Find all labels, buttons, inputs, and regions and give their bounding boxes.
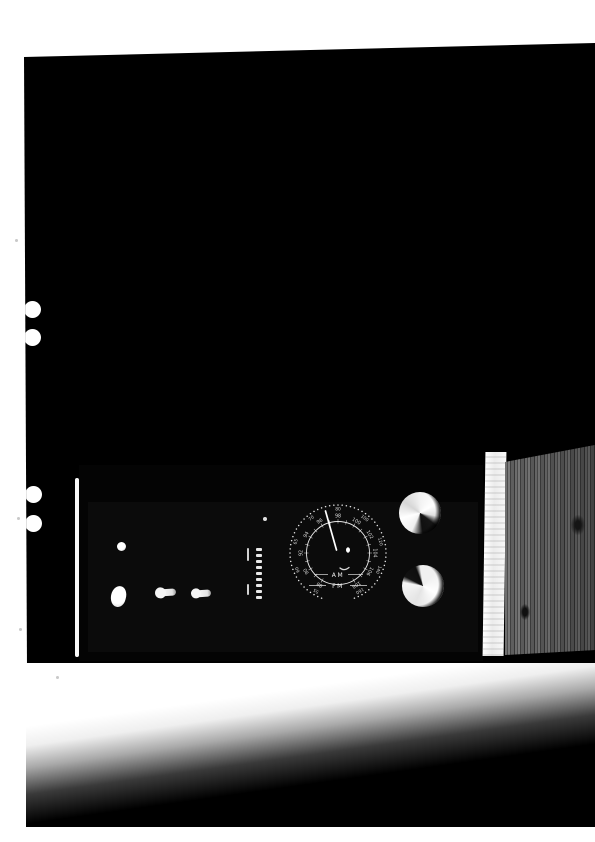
dust-speck <box>17 517 20 520</box>
dial-tick-dot <box>298 525 300 527</box>
dial-tick-dot <box>303 586 305 588</box>
meter-segment <box>256 566 262 569</box>
dial-tick-dot <box>381 532 383 534</box>
dial-tick-dot <box>300 583 302 585</box>
dial-tick-dot <box>317 596 319 598</box>
dial-tick-dot <box>381 573 383 575</box>
dial-tick-dot <box>329 505 331 507</box>
meter-segment <box>256 554 262 557</box>
dial-tick-dot <box>358 509 360 511</box>
tuning-knob <box>399 492 441 534</box>
dial-tick-dot <box>294 532 296 534</box>
dial-tick-dot <box>306 515 308 517</box>
dial-tick-dot <box>385 561 387 563</box>
dial-tick-dot <box>321 597 323 599</box>
tuning-dial: 8890929496981001021041061085560657080100… <box>288 498 388 608</box>
dial-number-fm: 88 <box>316 580 324 588</box>
dial-tick-dot <box>361 594 363 596</box>
toggle-lever <box>157 588 176 596</box>
front-edge-highlight <box>75 478 79 657</box>
meter-segment <box>256 578 262 581</box>
foreground-shadow-gradient <box>26 663 595 827</box>
meter-dot <box>263 517 267 521</box>
cabinet-edge-highlight <box>483 452 507 656</box>
dial-number-am: 120 <box>376 537 384 547</box>
wood-side-panel <box>505 445 595 657</box>
dial-tick-dot <box>313 511 315 513</box>
dial-tick-dot <box>289 556 291 558</box>
dial-tick-dot <box>346 505 348 507</box>
dial-tick-dot <box>289 552 291 554</box>
dial-tick-dot <box>296 528 298 530</box>
dial-tick-dot <box>337 504 339 506</box>
dial-tick-dot <box>317 509 319 511</box>
punch-hole <box>25 486 42 503</box>
dial-tick-dot <box>365 592 367 594</box>
dial-tick-dot <box>374 583 376 585</box>
dial-tick-dot <box>354 507 356 509</box>
dial-tick-dot <box>377 580 379 582</box>
dial-number-am: 55 <box>312 587 320 595</box>
dial-number-am: 70 <box>307 514 315 522</box>
dial-tick-dot <box>306 589 308 591</box>
dial-tick-dot <box>290 561 292 563</box>
dial-tick-dot <box>382 536 384 538</box>
dial-tick-dot <box>384 540 386 542</box>
dial-fm-label: FM <box>332 583 344 590</box>
dial-tick-dot <box>321 507 323 509</box>
dial-tick-dot <box>371 586 373 588</box>
magazine-page: 8890929496981001021041061085560657080100… <box>0 0 595 842</box>
meter-segment <box>256 560 262 563</box>
toggle-lever <box>193 589 211 597</box>
dial-tick-dot <box>333 504 335 506</box>
dial-tick-dot <box>310 592 312 594</box>
dial-tick-dot <box>341 504 343 506</box>
dial-tick-dot <box>371 518 373 520</box>
dial-number-fm: 98 <box>335 514 341 520</box>
dial-number-am: 60 <box>294 566 302 574</box>
dust-speck <box>15 239 18 242</box>
dial-tick-dot <box>382 569 384 571</box>
dial-tick-dot <box>385 552 387 554</box>
dial-tick-dot <box>368 589 370 591</box>
dial-am-label: AM <box>332 572 344 579</box>
radio-photograph: 8890929496981001021041061085560657080100… <box>0 0 595 672</box>
dust-speck <box>19 628 22 631</box>
dial-tick-dot <box>292 536 294 538</box>
dial-number-fm: 94 <box>302 531 310 539</box>
dial-tick-dot <box>361 511 363 513</box>
dial-tick-dot <box>368 515 370 517</box>
dial-number-am: 65 <box>292 538 299 545</box>
dial-tick-dot <box>298 580 300 582</box>
dial-number-fm: 92 <box>299 550 305 556</box>
dial-tick-dot <box>292 569 294 571</box>
dial-tick-dot <box>358 596 360 598</box>
dial-tick-dot <box>379 576 381 578</box>
meter-segment <box>256 590 262 593</box>
dial-tick-dot <box>354 597 356 599</box>
dial-tick-dot <box>313 594 315 596</box>
meter-segment <box>256 572 262 575</box>
dial-tick-dot <box>310 513 312 515</box>
dial-number-am: 80 <box>335 507 341 513</box>
dial-number-fm: 96 <box>316 517 324 525</box>
dial-tick-dot <box>325 506 327 508</box>
dial-reflection-arc <box>340 568 349 570</box>
meter-segment <box>256 584 262 587</box>
dial-tick-dot <box>289 548 291 550</box>
dial-tick-dot <box>291 540 293 542</box>
dial-tick-dot <box>385 544 387 546</box>
meter-pointer <box>247 584 249 595</box>
dial-reflection-dot <box>346 547 350 552</box>
volume-knob <box>402 565 444 607</box>
dial-tick-dot <box>377 525 379 527</box>
dial-number-fm: 90 <box>302 567 310 575</box>
dial-tick-dot <box>385 556 387 558</box>
dial-tick-dot <box>350 506 352 508</box>
dial-tick-dot <box>374 521 376 523</box>
dial-tick-dot <box>300 521 302 523</box>
dial-tick-dot <box>365 513 367 515</box>
dial-tick-dot <box>290 544 292 546</box>
dial-tick-dot <box>385 548 387 550</box>
dial-tick-dot <box>303 518 305 520</box>
punch-hole <box>24 301 41 318</box>
dust-speck <box>56 676 59 679</box>
dial-tick-dot <box>379 528 381 530</box>
punch-hole <box>25 515 42 532</box>
dial-tick-dot <box>384 565 386 567</box>
punch-hole <box>24 329 41 346</box>
dial-tick-dot <box>296 576 298 578</box>
meter-pointer <box>247 548 249 561</box>
power-indicator <box>117 542 126 551</box>
meter-segment <box>256 596 262 599</box>
dial-number-fm: 104 <box>371 548 377 557</box>
dial-tick-dot <box>291 565 293 567</box>
meter-segment <box>256 548 262 551</box>
dial-tick-dot <box>294 573 296 575</box>
